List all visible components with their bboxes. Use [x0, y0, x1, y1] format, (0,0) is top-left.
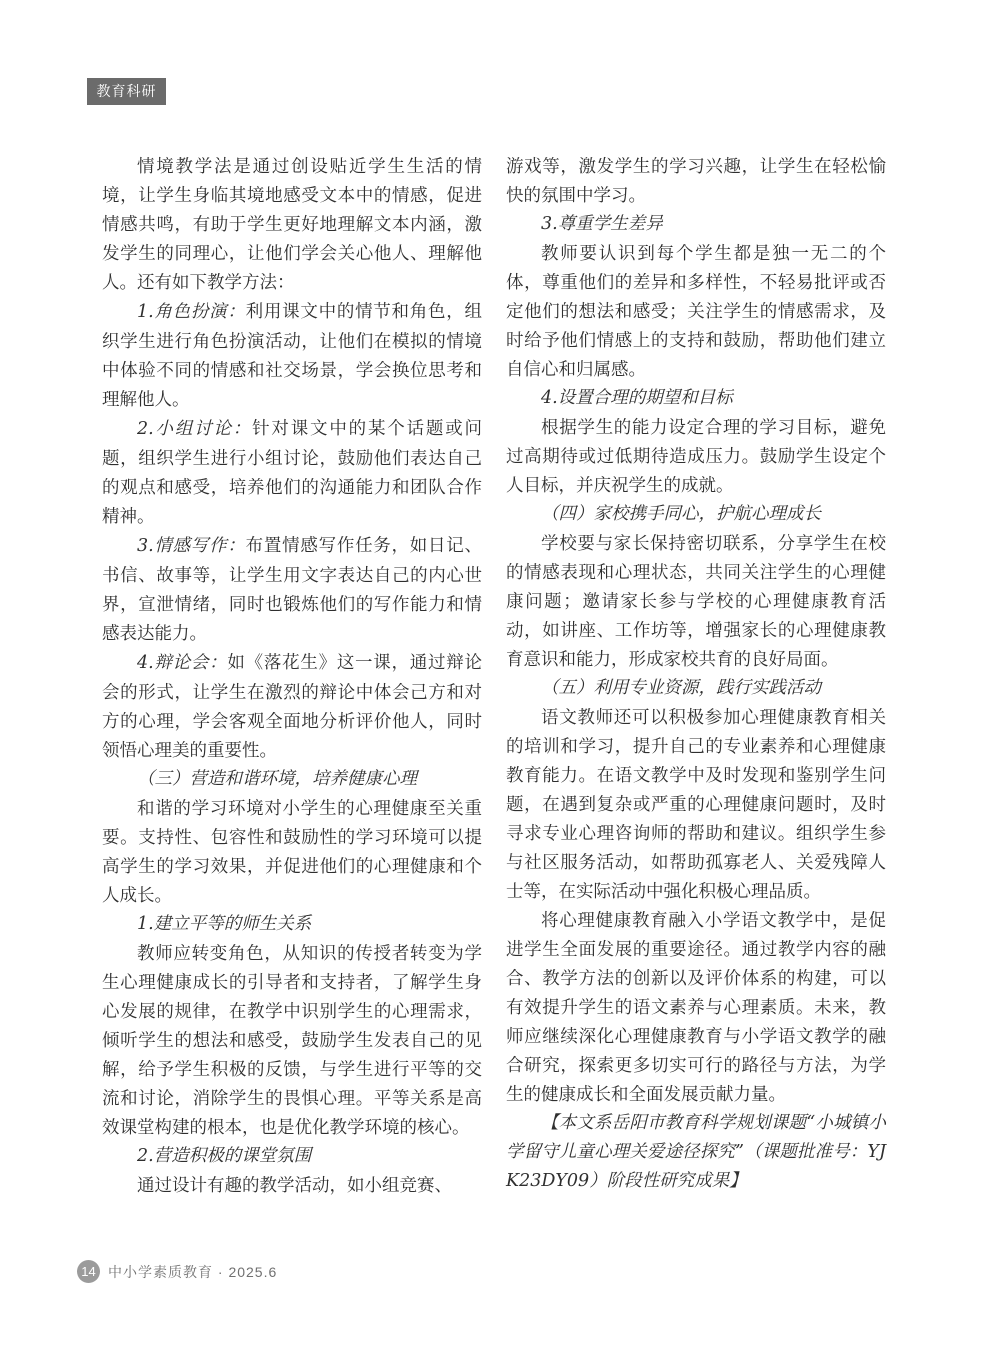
paragraph-text: 1.建立平等的师生关系: [137, 914, 311, 934]
paragraph: 游戏等，激发学生的学习兴趣，让学生在轻松愉快的氛围中学习。: [506, 152, 886, 210]
paragraph-text: 根据学生的能力设定合理的学习目标，避免过高期待或过低期待造成压力。鼓励学生设定个…: [506, 417, 886, 495]
paragraph: 1.角色扮演：利用课文中的情节和角色，组织学生进行角色扮演活动，让他们在模拟的情…: [102, 297, 482, 414]
paragraph-text: 教师应转变角色，从知识的传授者转变为学生心理健康成长的引导者和支持者，了解学生身…: [102, 943, 482, 1137]
paragraph: 通过设计有趣的教学活动，如小组竞赛、: [102, 1171, 482, 1200]
section-heading: （三）营造和谐环境，培养健康心理: [102, 765, 482, 794]
paragraph-text: 和谐的学习环境对小学生的心理健康至关重要。支持性、包容性和鼓励性的学习环境可以提…: [102, 798, 482, 905]
section-heading: （四）家校携手同心，护航心理成长: [506, 500, 886, 529]
section-heading: 1.建立平等的师生关系: [102, 910, 482, 939]
page-footer: 14 中小学素质教育 · 2025.6: [77, 1260, 277, 1283]
paragraph-text: 3.尊重学生差异: [541, 214, 663, 234]
paragraph-text: 2.营造积极的课堂氛围: [137, 1146, 311, 1166]
page-number-badge: 14: [77, 1260, 100, 1283]
paragraph-text: 通过设计有趣的教学活动，如小组竞赛、: [137, 1175, 452, 1195]
section-heading: （五）利用专业资源，践行实践活动: [506, 674, 886, 703]
paragraph: 学校要与家长保持密切联系，分享学生在校的情感表现和心理状态，共同关注学生的心理健…: [506, 529, 886, 674]
paragraph: 【本文系岳阳市教育科学规划课题“小城镇小学留守儿童心理关爱途径探究”（课题批准号…: [506, 1109, 886, 1196]
section-heading: 3.尊重学生差异: [506, 210, 886, 239]
section-tag: 教育科研: [87, 78, 166, 105]
paragraph-lead: 2.小组讨论：: [137, 419, 252, 439]
paragraph: 2.小组讨论：针对课文中的某个话题或问题，组织学生进行小组讨论，鼓励他们表达自己…: [102, 414, 482, 531]
journal-page: 教育科研 情境教学法是通过创设贴近学生生活的情境，让学生身临其境地感受文本中的情…: [0, 0, 992, 1346]
paragraph-text: 语文教师还可以积极参加心理健康教育相关的培训和学习，提升自己的专业素养和心理健康…: [506, 707, 886, 901]
paragraph: 情境教学法是通过创设贴近学生生活的情境，让学生身临其境地感受文本中的情感，促进情…: [102, 152, 482, 297]
paragraph: 语文教师还可以积极参加心理健康教育相关的培训和学习，提升自己的专业素养和心理健康…: [506, 703, 886, 906]
paragraph: 和谐的学习环境对小学生的心理健康至关重要。支持性、包容性和鼓励性的学习环境可以提…: [102, 794, 482, 910]
paragraph-text: 情境教学法是通过创设贴近学生生活的情境，让学生身临其境地感受文本中的情感，促进情…: [102, 156, 482, 292]
journal-title: 中小学素质教育 · 2025.6: [108, 1262, 277, 1282]
paragraph-lead: 4.辩论会：: [137, 653, 227, 673]
paragraph: 3.情感写作：布置情感写作任务，如日记、书信、故事等，让学生用文字表达自己的内心…: [102, 531, 482, 648]
paragraph: 根据学生的能力设定合理的学习目标，避免过高期待或过低期待造成压力。鼓励学生设定个…: [506, 413, 886, 500]
paragraph-text: 教师要认识到每个学生都是独一无二的个体，尊重他们的差异和多样性，不轻易批评或否定…: [506, 243, 886, 379]
right-column: 游戏等，激发学生的学习兴趣，让学生在轻松愉快的氛围中学习。3.尊重学生差异教师要…: [506, 152, 886, 1200]
paragraph-text: 游戏等，激发学生的学习兴趣，让学生在轻松愉快的氛围中学习。: [506, 156, 886, 205]
section-heading: 2.营造积极的课堂氛围: [102, 1142, 482, 1171]
paragraph-lead: 1.角色扮演：: [137, 302, 246, 322]
paragraph-text: （三）营造和谐环境，培养健康心理: [137, 769, 417, 789]
paragraph-text: 将心理健康教育融入小学语文教学中，是促进学生全面发展的重要途径。通过教学内容的融…: [506, 910, 886, 1104]
paragraph-lead: 3.情感写作：: [137, 536, 246, 556]
section-heading: 4.设置合理的期望和目标: [506, 384, 886, 413]
paragraph: 教师应转变角色，从知识的传授者转变为学生心理健康成长的引导者和支持者，了解学生身…: [102, 939, 482, 1142]
paragraph: 教师要认识到每个学生都是独一无二的个体，尊重他们的差异和多样性，不轻易批评或否定…: [506, 239, 886, 384]
paragraph: 4.辩论会：如《落花生》这一课，通过辩论会的形式，让学生在激烈的辩论中体会己方和…: [102, 648, 482, 765]
paragraph-text: （五）利用专业资源，践行实践活动: [541, 678, 821, 698]
paragraph-text: 4.设置合理的期望和目标: [541, 388, 733, 408]
paragraph-text: 【本文系岳阳市教育科学规划课题“小城镇小学留守儿童心理关爱途径探究”（课题批准号…: [506, 1113, 886, 1191]
left-column: 情境教学法是通过创设贴近学生生活的情境，让学生身临其境地感受文本中的情感，促进情…: [102, 152, 482, 1200]
paragraph-text: 学校要与家长保持密切联系，分享学生在校的情感表现和心理状态，共同关注学生的心理健…: [506, 533, 886, 669]
paragraph: 将心理健康教育融入小学语文教学中，是促进学生全面发展的重要途径。通过教学内容的融…: [506, 906, 886, 1109]
article-body: 情境教学法是通过创设贴近学生生活的情境，让学生身临其境地感受文本中的情感，促进情…: [102, 152, 886, 1200]
paragraph-text: （四）家校携手同心，护航心理成长: [541, 504, 821, 524]
